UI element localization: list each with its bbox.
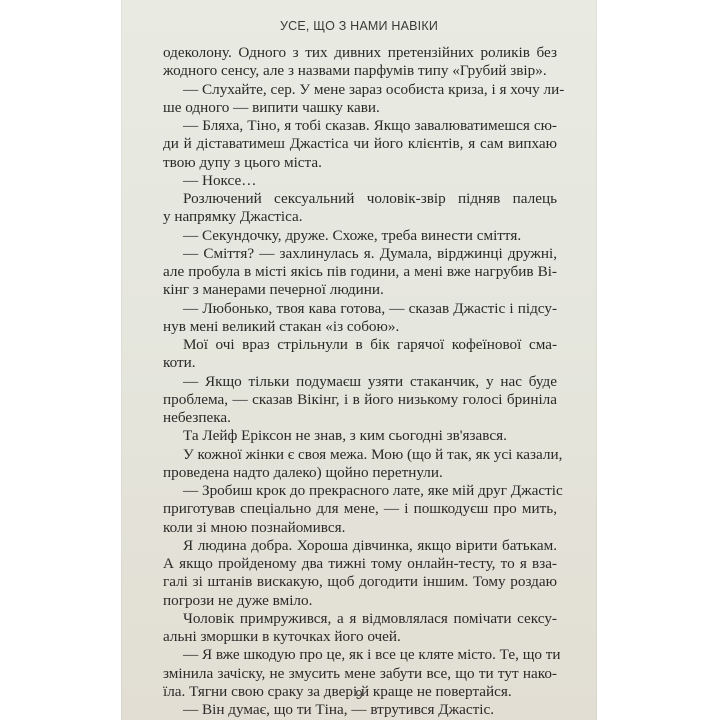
text-line: — Слухайте, сер. У мене зараз особиста к… <box>163 81 557 99</box>
text-line: Розлючений сексуальний чоловік-звір підн… <box>163 190 557 208</box>
text-line: — Сміття? — захлинулась я. Думала, вірдж… <box>163 245 557 263</box>
book-page: УСЕ, ЩО З НАМИ НАВІКИ одеколону. Одного … <box>121 0 597 720</box>
text-line: У кожної жінки є своя межа. Мою (що й та… <box>163 446 557 464</box>
text-line: у напрямку Джастіса. <box>163 208 557 226</box>
text-line: А якщо пройденому два тижні тому онлайн-… <box>163 555 557 573</box>
text-line: небезпека. <box>163 409 557 427</box>
text-line: — Бляха, Тіно, я тобі сказав. Якщо завал… <box>163 117 557 135</box>
text-line: змінила зачіску, не змусить мене забути … <box>163 665 557 683</box>
text-line: Мої очі враз стрільнули в бік гарячої ко… <box>163 336 557 354</box>
text-line: приготував спеціально для мене, — і пошк… <box>163 500 557 518</box>
text-line: — Зробиш крок до прекрасного лате, яке м… <box>163 482 557 500</box>
running-head: УСЕ, ЩО З НАМИ НАВІКИ <box>121 19 597 33</box>
text-line: проведена надто далеко) щойно перетнули. <box>163 464 557 482</box>
text-line: Чоловік примружився, а я відмовлялася по… <box>163 610 557 628</box>
text-line: нув мені великий стакан «із собою». <box>163 318 557 336</box>
text-line: твою дупу з цього міста. <box>163 154 557 172</box>
text-line: коти. <box>163 354 557 372</box>
text-line: альні зморшки в куточках його очей. <box>163 628 557 646</box>
page-number: 9 <box>121 687 597 702</box>
text-line: — Ноксе… <box>163 172 557 190</box>
text-line: галі зі штанів вискакую, щоб догодити ін… <box>163 573 557 591</box>
text-line: ше одного — випити чашку кави. <box>163 99 557 117</box>
body-text: одеколону. Одного з тих дивних претензій… <box>163 44 557 719</box>
text-line: — Якщо тільки подумаєш узяти стаканчик, … <box>163 373 557 391</box>
text-line: — Секундочку, друже. Схоже, треба винест… <box>163 227 557 245</box>
text-line: жодного сенсу, але з назвами парфумів ти… <box>163 62 557 80</box>
text-line: Я людина добра. Хороша дівчинка, якщо ві… <box>163 537 557 555</box>
text-line: погрози не дуже вміло. <box>163 592 557 610</box>
text-line: ди й діставатимеш Джастіса чи його клієн… <box>163 135 557 153</box>
text-line: проблема, — сказав Вікінг, і в його низь… <box>163 391 557 409</box>
text-line: — Він думає, що ти Тіна, — втрутився Джа… <box>163 701 557 719</box>
text-line: одеколону. Одного з тих дивних претензій… <box>163 44 557 62</box>
text-line: але пробула в місті якісь пів години, а … <box>163 263 557 281</box>
text-line: кінг з манерами печерної людини. <box>163 281 557 299</box>
text-line: — Любонько, твоя кава готова, — сказав Д… <box>163 300 557 318</box>
text-line: — Я вже шкодую про це, як і все це кляте… <box>163 646 557 664</box>
text-line: Та Лейф Еріксон не знав, з ким сьогодні … <box>163 427 557 445</box>
text-line: коли зі мною познайомився. <box>163 519 557 537</box>
